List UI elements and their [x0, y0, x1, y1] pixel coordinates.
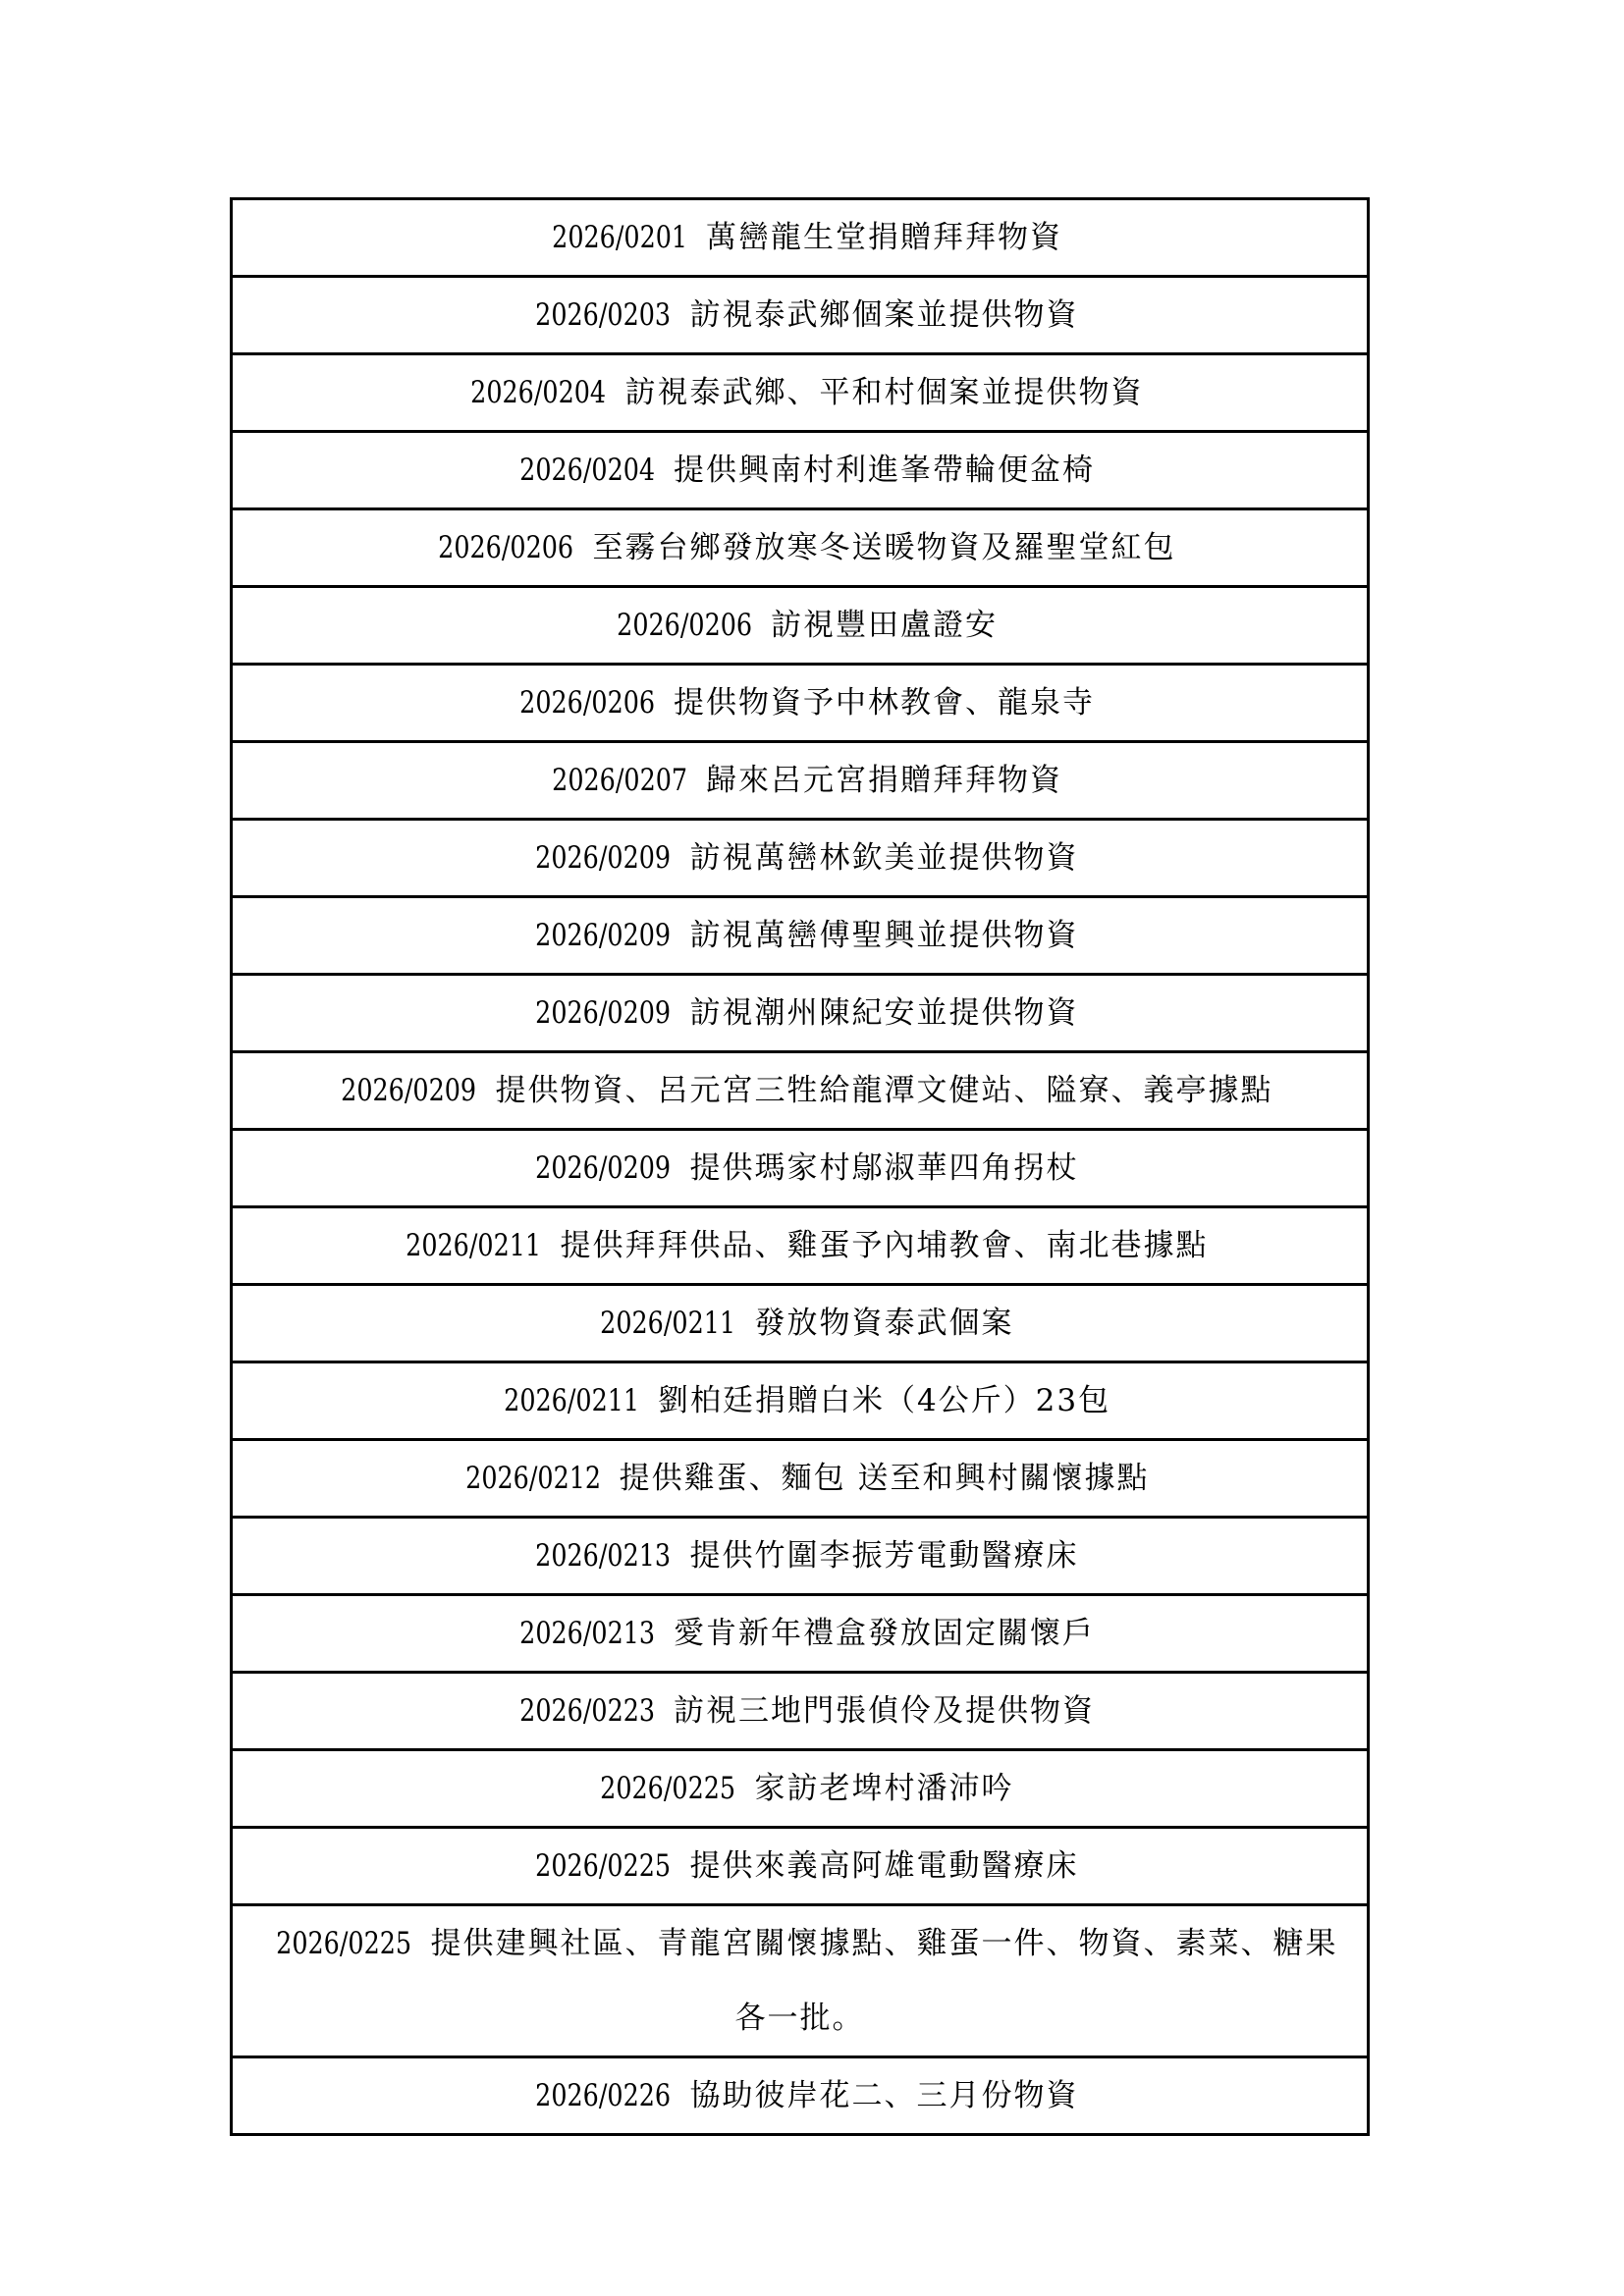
table-row: 2026/0213 愛肯新年禮盒發放固定關懷戶: [232, 1595, 1369, 1673]
table-row: 2026/0211 提供拜拜供品、雞蛋予內埔教會、南北巷據點: [232, 1207, 1369, 1285]
entry-date: 2026/0209: [536, 898, 672, 973]
entry-date: 2026/0206: [439, 510, 574, 585]
table-cell: 2026/0213 提供竹圍李振芳電動醫療床: [232, 1518, 1369, 1595]
entry-date: 2026/0201: [552, 200, 687, 275]
entry-text: 提供拜拜供品、雞蛋予內埔教會、南北巷據點: [561, 1228, 1209, 1263]
table-row: 2026/0209 提供物資、呂元宮三牲給龍潭文健站、隘寮、義亭據點: [232, 1052, 1369, 1130]
table-cell: 2026/0206 至霧台鄉發放寒冬送暖物資及羅聖堂紅包: [232, 509, 1369, 587]
table-row: 2026/0225 提供建興社區、青龍宮關懷據點、雞蛋一件、物資、素菜、糖果各一…: [232, 1905, 1369, 2057]
entry-text: 家訪老埤村潘沛吟: [755, 1771, 1014, 1806]
entry-text: 提供建興社區、青龍宮關懷據點、雞蛋一件、物資、素菜、糖果各一批。: [431, 1926, 1338, 2036]
table-cell: 2026/0211 提供拜拜供品、雞蛋予內埔教會、南北巷據點: [232, 1207, 1369, 1285]
entry-text: 劉柏廷捐贈白米（4公斤）23包: [658, 1383, 1110, 1418]
entry-date: 2026/0209: [536, 1131, 672, 1205]
entry-date: 2026/0213: [519, 1596, 655, 1671]
entry-text: 訪視泰武鄉個案並提供物資: [690, 297, 1079, 333]
entry-date: 2026/0225: [277, 1906, 412, 1981]
table-row: 2026/0206 訪視豐田盧證安: [232, 587, 1369, 665]
table-cell: 2026/0226 協助彼岸花二、三月份物資: [232, 2057, 1369, 2135]
document-page: 2026/0201 萬巒龍生堂捐贈拜拜物資 2026/0203 訪視泰武鄉個案並…: [0, 0, 1624, 2296]
entry-text: 訪視潮州陳紀安並提供物資: [690, 995, 1079, 1031]
entry-date: 2026/0223: [519, 1674, 655, 1748]
entry-text: 至霧台鄉發放寒冬送暖物資及羅聖堂紅包: [593, 530, 1176, 565]
table-cell: 2026/0213 愛肯新年禮盒發放固定關懷戶: [232, 1595, 1369, 1673]
entry-date: 2026/0206: [617, 588, 752, 663]
entry-date: 2026/0211: [406, 1208, 542, 1283]
table-row: 2026/0212 提供雞蛋、麵包 送至和興村關懷據點: [232, 1440, 1369, 1518]
table-cell: 2026/0209 訪視潮州陳紀安並提供物資: [232, 975, 1369, 1052]
table-cell: 2026/0225 家訪老埤村潘沛吟: [232, 1750, 1369, 1828]
table-cell: 2026/0201 萬巒龍生堂捐贈拜拜物資: [232, 199, 1369, 277]
table-cell: 2026/0204 提供興南村利進峯帶輪便盆椅: [232, 432, 1369, 509]
table-row: 2026/0204 訪視泰武鄉、平和村個案並提供物資: [232, 354, 1369, 432]
table-row: 2026/0225 家訪老埤村潘沛吟: [232, 1750, 1369, 1828]
table-row: 2026/0223 訪視三地門張偵伶及提供物資: [232, 1673, 1369, 1750]
entry-date: 2026/0211: [504, 1363, 639, 1438]
table-cell: 2026/0203 訪視泰武鄉個案並提供物資: [232, 277, 1369, 354]
table-row: 2026/0213 提供竹圍李振芳電動醫療床: [232, 1518, 1369, 1595]
table-cell: 2026/0204 訪視泰武鄉、平和村個案並提供物資: [232, 354, 1369, 432]
table-cell: 2026/0209 提供瑪家村鄔淑華四角拐杖: [232, 1130, 1369, 1207]
table-cell: 2026/0209 訪視萬巒傅聖興並提供物資: [232, 897, 1369, 975]
table-row: 2026/0211 發放物資泰武個案: [232, 1285, 1369, 1362]
entry-text: 提供竹圍李振芳電動醫療床: [690, 1538, 1079, 1574]
table-row: 2026/0225 提供來義高阿雄電動醫療床: [232, 1828, 1369, 1905]
table-row: 2026/0203 訪視泰武鄉個案並提供物資: [232, 277, 1369, 354]
table-row: 2026/0226 協助彼岸花二、三月份物資: [232, 2057, 1369, 2135]
entry-date: 2026/0209: [342, 1053, 477, 1128]
table-cell: 2026/0209 訪視萬巒林欽美並提供物資: [232, 820, 1369, 897]
entry-text: 訪視萬巒林欽美並提供物資: [690, 840, 1079, 876]
table-row: 2026/0206 提供物資予中林教會、龍泉寺: [232, 665, 1369, 742]
activity-log-table: 2026/0201 萬巒龍生堂捐贈拜拜物資 2026/0203 訪視泰武鄉個案並…: [230, 197, 1370, 2136]
entry-text: 訪視泰武鄉、平和村個案並提供物資: [625, 375, 1144, 410]
entry-date: 2026/0213: [536, 1519, 672, 1593]
table-row: 2026/0209 提供瑪家村鄔淑華四角拐杖: [232, 1130, 1369, 1207]
table-row: 2026/0209 訪視萬巒林欽美並提供物資: [232, 820, 1369, 897]
entry-text: 訪視三地門張偵伶及提供物資: [674, 1693, 1095, 1729]
entry-text: 訪視萬巒傅聖興並提供物資: [690, 918, 1079, 953]
entry-date: 2026/0207: [552, 743, 687, 818]
entry-text: 萬巒龍生堂捐贈拜拜物資: [706, 220, 1062, 255]
entry-date: 2026/0212: [465, 1441, 601, 1516]
entry-date: 2026/0225: [601, 1751, 736, 1826]
entry-date: 2026/0206: [519, 666, 655, 740]
table-row: 2026/0204 提供興南村利進峯帶輪便盆椅: [232, 432, 1369, 509]
table-row: 2026/0206 至霧台鄉發放寒冬送暖物資及羅聖堂紅包: [232, 509, 1369, 587]
entry-text: 歸來呂元宮捐贈拜拜物資: [706, 763, 1062, 798]
table-cell: 2026/0225 提供來義高阿雄電動醫療床: [232, 1828, 1369, 1905]
table-cell: 2026/0211 劉柏廷捐贈白米（4公斤）23包: [232, 1362, 1369, 1440]
entry-text: 提供來義高阿雄電動醫療床: [690, 1848, 1079, 1884]
table-row: 2026/0201 萬巒龍生堂捐贈拜拜物資: [232, 199, 1369, 277]
table-cell: 2026/0225 提供建興社區、青龍宮關懷據點、雞蛋一件、物資、素菜、糖果各一…: [232, 1905, 1369, 2057]
entry-text: 提供興南村利進峯帶輪便盆椅: [674, 453, 1095, 488]
entry-text: 協助彼岸花二、三月份物資: [690, 2078, 1079, 2113]
entry-date: 2026/0209: [536, 821, 672, 895]
table-cell: 2026/0212 提供雞蛋、麵包 送至和興村關懷據點: [232, 1440, 1369, 1518]
table-cell: 2026/0206 訪視豐田盧證安: [232, 587, 1369, 665]
entry-text: 提供物資、呂元宮三牲給龍潭文健站、隘寮、義亭據點: [496, 1073, 1273, 1108]
entry-date: 2026/0226: [536, 2058, 672, 2133]
entry-text: 提供物資予中林教會、龍泉寺: [674, 685, 1095, 721]
entry-date: 2026/0203: [536, 278, 672, 352]
table-row: 2026/0211 劉柏廷捐贈白米（4公斤）23包: [232, 1362, 1369, 1440]
entry-date: 2026/0209: [536, 976, 672, 1050]
table-cell: 2026/0223 訪視三地門張偵伶及提供物資: [232, 1673, 1369, 1750]
table-cell: 2026/0206 提供物資予中林教會、龍泉寺: [232, 665, 1369, 742]
entry-text: 提供雞蛋、麵包 送至和興村關懷據點: [620, 1461, 1150, 1496]
entry-date: 2026/0211: [601, 1286, 736, 1361]
table-cell: 2026/0207 歸來呂元宮捐贈拜拜物資: [232, 742, 1369, 820]
table-row: 2026/0209 訪視潮州陳紀安並提供物資: [232, 975, 1369, 1052]
entry-date: 2026/0204: [471, 355, 607, 430]
entry-date: 2026/0204: [519, 433, 655, 507]
table-row: 2026/0209 訪視萬巒傅聖興並提供物資: [232, 897, 1369, 975]
entry-date: 2026/0225: [536, 1829, 672, 1903]
entry-text: 提供瑪家村鄔淑華四角拐杖: [690, 1150, 1079, 1186]
table-cell: 2026/0209 提供物資、呂元宮三牲給龍潭文健站、隘寮、義亭據點: [232, 1052, 1369, 1130]
entry-text: 訪視豐田盧證安: [771, 608, 998, 643]
table-row: 2026/0207 歸來呂元宮捐贈拜拜物資: [232, 742, 1369, 820]
entry-text: 愛肯新年禮盒發放固定關懷戶: [674, 1616, 1095, 1651]
entry-text: 發放物資泰武個案: [755, 1306, 1014, 1341]
table-cell: 2026/0211 發放物資泰武個案: [232, 1285, 1369, 1362]
